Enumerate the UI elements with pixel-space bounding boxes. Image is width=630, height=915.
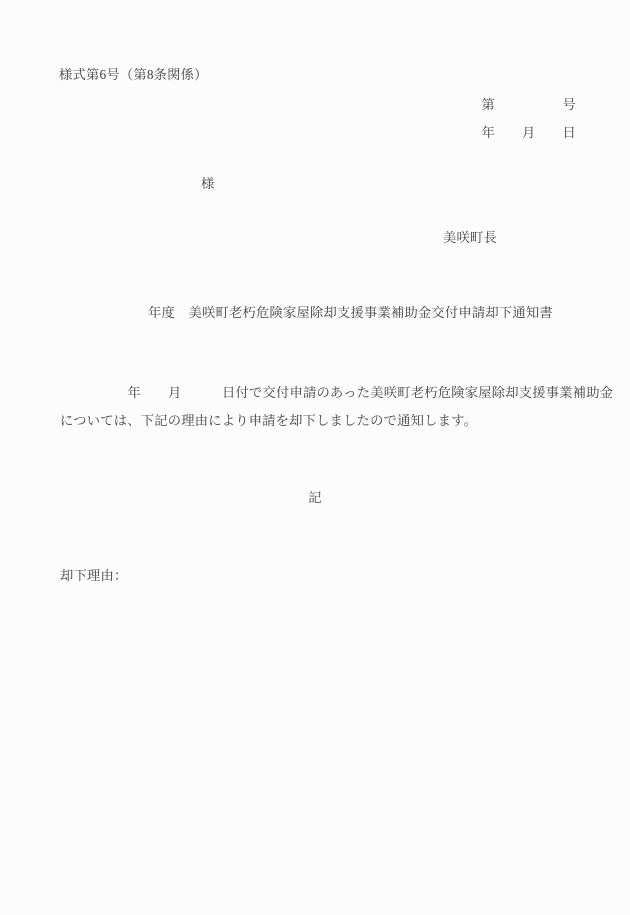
document-number-line: 第 号: [482, 97, 576, 112]
form-number: 様式第6号（第8条関係）: [59, 67, 208, 82]
date-line: 年 月 日: [482, 125, 576, 140]
document-page: 様式第6号（第8条関係） 第 号 年 月 日 様 美咲町長 年度 美咲町老朽危険…: [0, 0, 630, 915]
sender-title: 美咲町長: [443, 230, 497, 245]
body-paragraph-line-2: については、下記の理由により申請を却下しましたので通知します。: [60, 413, 477, 428]
document-title: 年度 美咲町老朽危険家屋除却支援事業補助金交付申請却下通知書: [148, 305, 553, 320]
body-paragraph-line-1: 年 月 日付で交付申請のあった美咲町老朽危険家屋除却支援事業補助金: [60, 385, 613, 400]
rejection-reason-label: 却下理由：: [60, 568, 127, 583]
record-marker: 記: [0, 490, 630, 505]
addressee-honorific: 様: [201, 176, 215, 191]
